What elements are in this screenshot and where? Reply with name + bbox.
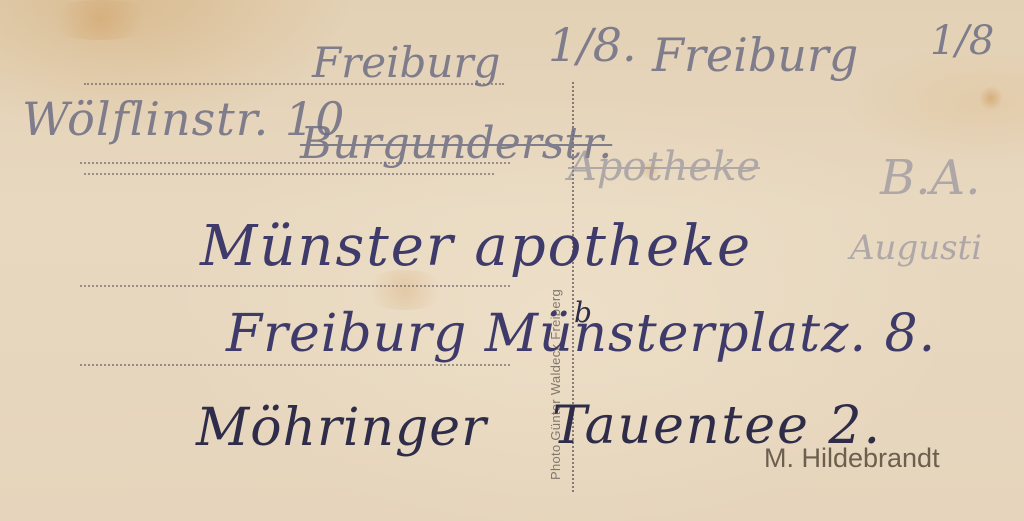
handwriting-muenster-apotheke: Münster apotheke [200,214,752,279]
handwriting-freiburg-pencil: Freiburg [312,38,500,87]
photographer-watermark: M. Hildebrandt [764,443,940,474]
stain [980,85,1002,111]
handwriting-date-1: 1/8. [548,18,637,72]
handwriting-ba: B.A. [880,150,980,206]
postcard-back: Photo Günter Waldeck Freiberg Freiburg 1… [0,0,1024,521]
handwriting-moehringer: Möhringer [196,398,487,458]
handwriting-street-pencil: Wölflinstr. 10 [22,92,345,146]
handwriting-struck-apotheke: Apotheke [568,144,760,190]
handwriting-small-mark: b [574,296,592,329]
handwriting-date-2: 1/8 [930,18,994,64]
stain [40,0,160,40]
address-line [80,364,510,366]
address-line [80,285,510,287]
handwriting-struck-old-address: Burgunderstr. [300,118,612,169]
address-line [84,173,494,175]
handwriting-freiburg-top-right: Freiburg [652,28,858,82]
handwriting-right-fragment: Augusti [850,228,982,268]
